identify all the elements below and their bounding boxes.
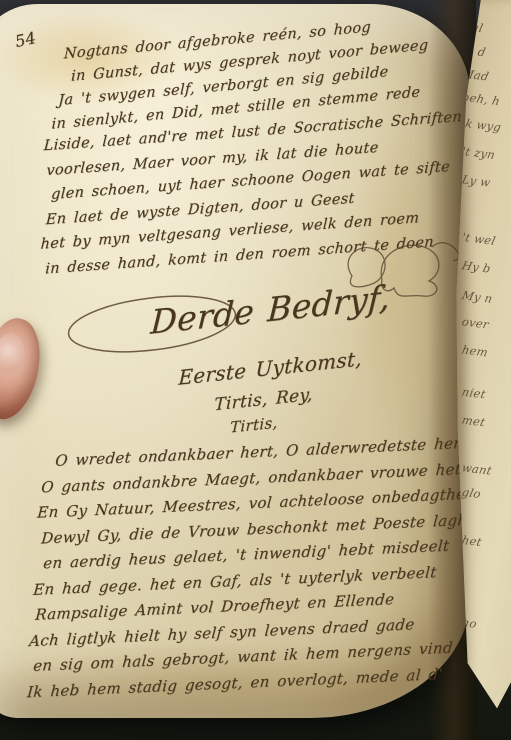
thumbnail bbox=[0, 330, 28, 380]
text-fragment: het bbox=[460, 533, 483, 549]
text-fragment: glo bbox=[460, 485, 482, 501]
text-fragment: My n bbox=[461, 288, 494, 305]
text-fragment: over bbox=[461, 315, 491, 332]
text-fragment: 't zyn bbox=[461, 144, 497, 162]
text-fragment: hem bbox=[461, 343, 490, 360]
text-fragment: Hy b bbox=[461, 258, 493, 275]
text-fragment: met bbox=[461, 413, 487, 430]
text-fragment: niet bbox=[461, 385, 488, 402]
stanza-3: O wredet ondankbaer hert, O alderwredets… bbox=[22, 430, 494, 706]
text-fragment: 'k wyg bbox=[461, 116, 503, 135]
text-fragment: 't wel bbox=[461, 230, 497, 248]
text-fragment: Ly w bbox=[461, 172, 493, 189]
text-fragment: want bbox=[461, 460, 494, 477]
photograph-of-manuscript: 54 Nogtans door afgebroke reén, so hoog … bbox=[0, 0, 511, 740]
